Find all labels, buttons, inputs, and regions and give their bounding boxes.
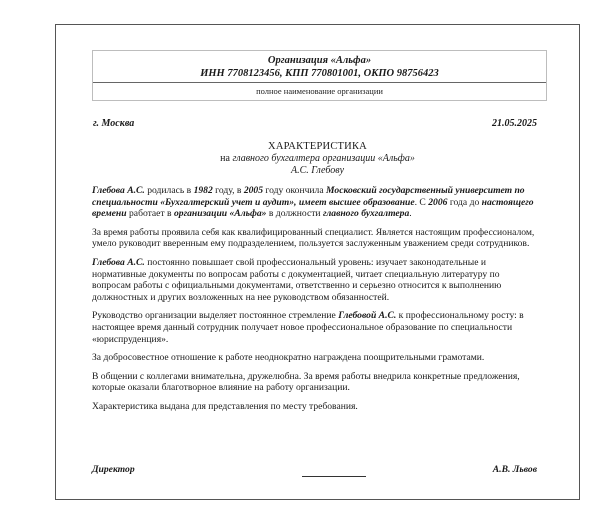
signer-name: А.В. Львов [493,464,537,475]
signer-role: Директор [92,464,135,475]
paragraph-qualification: За время работы проявила себя как квалиф… [92,227,539,250]
organization-caption: полное наименование организации [93,83,546,100]
paragraph-purpose: Характеристика выдана для представления … [92,401,539,413]
organization-details: Организация «Альфа» ИНН 7708123456, КПП … [93,51,546,83]
organization-codes: ИНН 7708123456, КПП 770801001, ОКПО 9875… [93,68,546,81]
paragraph-awards: За добросовестное отношение к работе нео… [92,352,539,364]
organization-header: Организация «Альфа» ИНН 7708123456, КПП … [92,50,547,101]
paragraph-biography: Глебова А.С. родилась в 1982 году, в 200… [92,185,539,220]
paragraph-growth: Руководство организации выделяет постоян… [92,310,539,345]
employee-role: главного бухгалтера организации «Альфа» [232,153,414,164]
city: г. Москва [93,118,134,129]
organization-name: Организация «Альфа» [93,55,546,68]
employee-name: А.С. Глебову [291,165,344,176]
document-subject: на главного бухгалтера организации «Альф… [56,153,579,165]
document-title: ХАРАКТЕРИСТИКА на главного бухгалтера ор… [56,141,579,177]
document-body: Глебова А.С. родилась в 1982 году, в 200… [92,185,539,420]
document-type: ХАРАКТЕРИСТИКА [56,141,579,153]
place-date-row: г. Москва 21.05.2025 [93,118,537,129]
document-page: Организация «Альфа» ИНН 7708123456, КПП … [55,24,580,500]
signature-line [302,476,366,477]
signature-row: Директор А.В. Львов [92,464,537,477]
paragraph-communication: В общении с коллегами внимательна, друже… [92,371,539,394]
document-date: 21.05.2025 [492,118,537,129]
paragraph-development: Глебова А.С. постоянно повышает свой про… [92,257,539,303]
